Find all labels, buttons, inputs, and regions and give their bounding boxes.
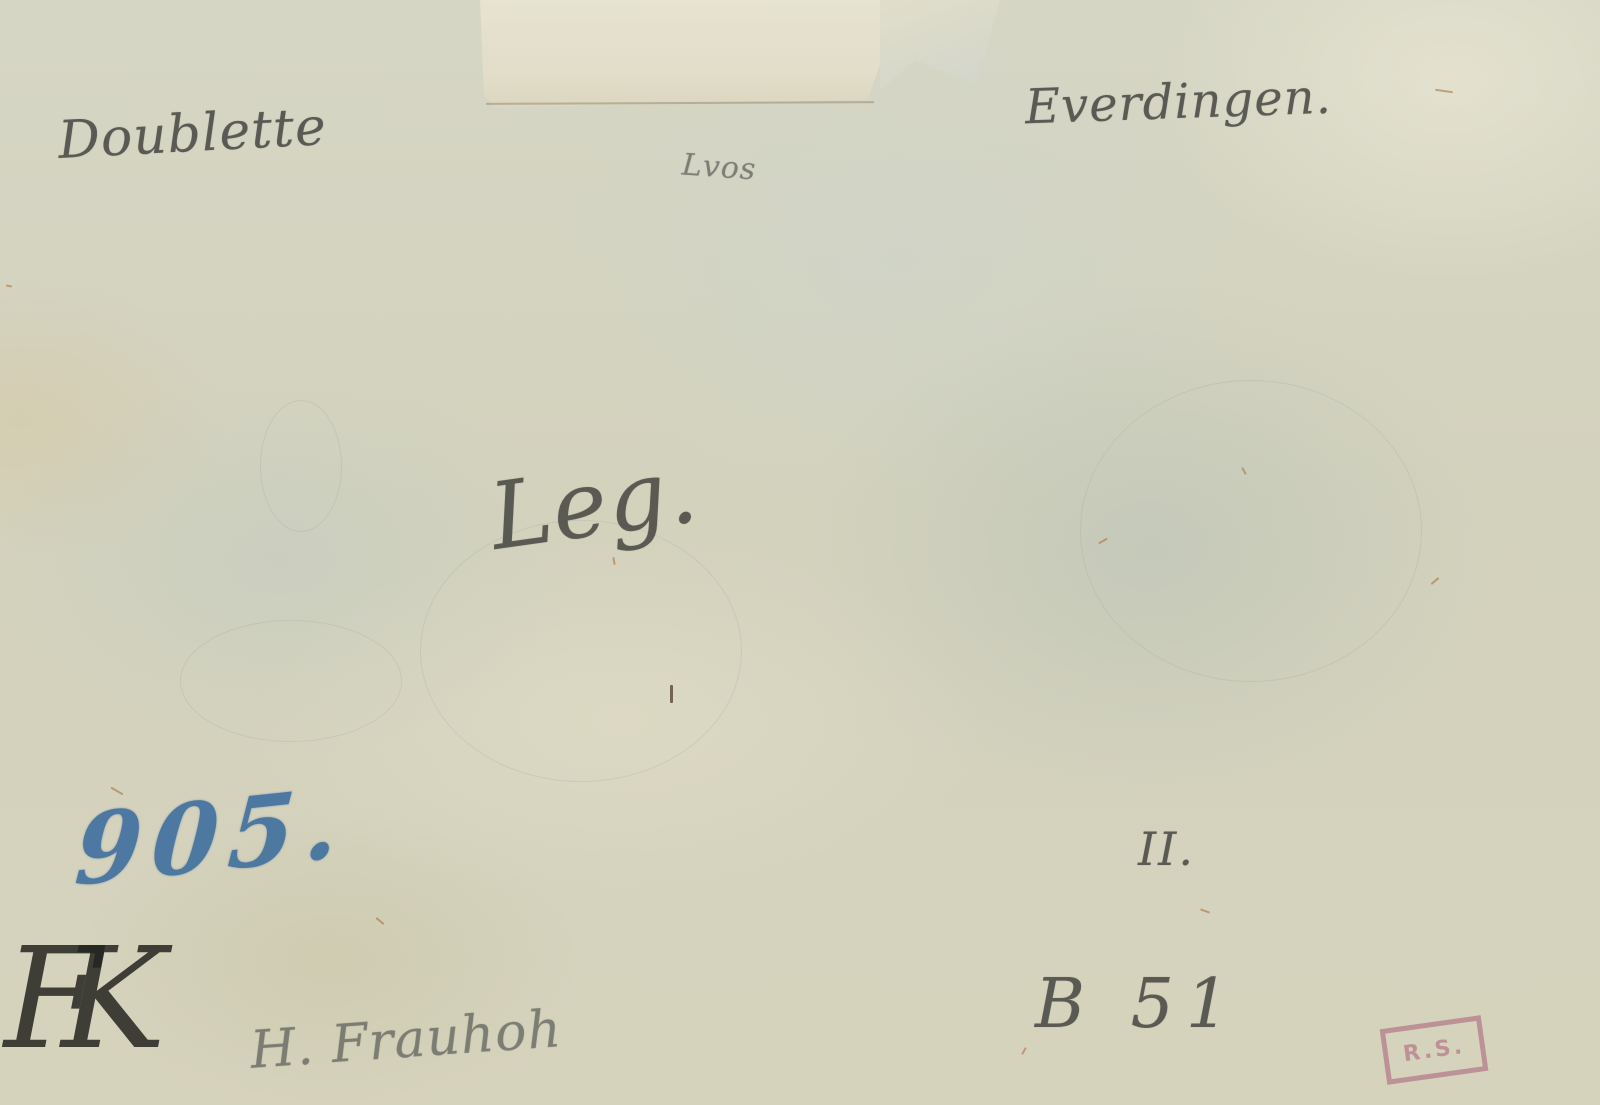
print-verso-sheet: Doublette Lvos Everdingen. Leg. II. B 51…: [0, 0, 1600, 1105]
hinge-tape-edge: [486, 101, 874, 105]
inventory-number: 905.: [72, 765, 352, 908]
inscription-doublette: Doublette: [57, 97, 329, 171]
collector-stamp: R.S.: [1380, 1015, 1489, 1085]
show-through-mark: [1080, 380, 1422, 682]
inscription-signature: H. Frauhoh: [248, 999, 564, 1081]
torn-paper-patch: [880, 0, 1000, 100]
paper-fiber: [1435, 89, 1453, 93]
paper-fiber: [1200, 908, 1210, 913]
paper-fiber: [1431, 577, 1440, 585]
inscription-state-number: II.: [1138, 822, 1195, 876]
show-through-mark: [180, 620, 402, 742]
paper-fiber: [1021, 1047, 1027, 1055]
collector-stamp-text: R.S.: [1402, 1033, 1467, 1066]
pencil-tick: [670, 685, 673, 703]
inscription-lvos: Lvos: [681, 147, 758, 187]
show-through-mark: [260, 400, 342, 532]
paper-fiber: [376, 917, 385, 925]
inscription-everdingen: Everdingen.: [1024, 69, 1333, 136]
paper-fiber: [6, 284, 12, 287]
inscription-catalogue-reference: B 51: [1035, 965, 1241, 1044]
collector-monogram: FK: [4, 918, 126, 1081]
hinge-tape: [480, 0, 880, 108]
